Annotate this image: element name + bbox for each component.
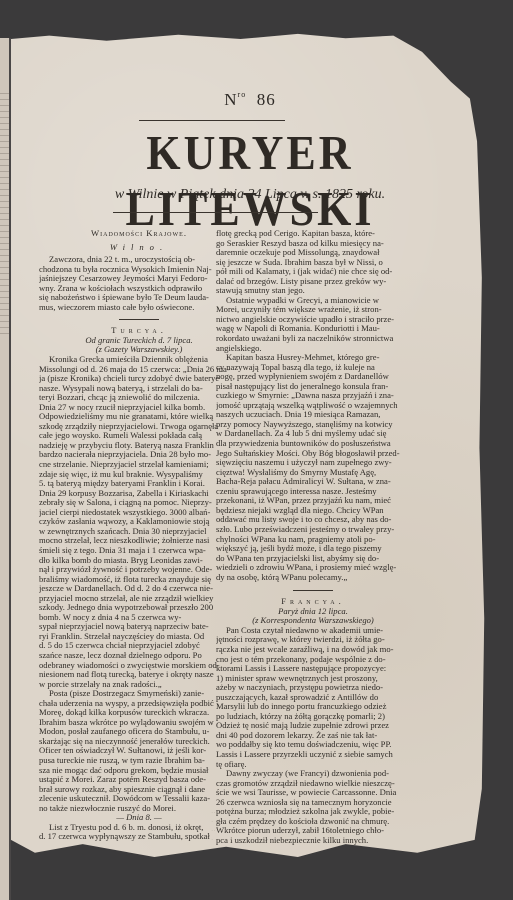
text-line: Kronika Grecka umieściła Dziennik oblęże… bbox=[39, 355, 239, 365]
text-line: go Seraskier Reszyd basza od kilku miesi… bbox=[216, 239, 410, 249]
article-divider bbox=[119, 319, 159, 320]
text-line: Lassis i Lassere przyrzekli uczynić z si… bbox=[216, 750, 410, 760]
text-line: Dnia 27 w nocy rzucił nieprzyjaciel kilk… bbox=[39, 403, 239, 413]
text-line: będziesz niejaki wzgląd dla niego. Chcic… bbox=[216, 506, 410, 516]
text-line: do WPana ten przyjacielski list, abyśmy … bbox=[216, 554, 410, 564]
text-line: dy na osobę, którą WPanu polecamy.„ bbox=[216, 573, 410, 583]
text-line: Pan Costa czytał niedawno w akademii umi… bbox=[216, 626, 410, 636]
text-line: pisał następujący list do jeneralnego ko… bbox=[216, 382, 410, 392]
show-through-text: ·· ···· ·· ·· ·· ···· ·· ···· ··· ·· ···… bbox=[211, 809, 271, 863]
text-line: Modon, posłał zaufanego oficera do Stamb… bbox=[39, 727, 239, 737]
newspaper-title: KURYER LITEWSKI bbox=[11, 125, 489, 237]
text-line: ryi Franklin. Strzelał nayczęściey do mi… bbox=[39, 632, 239, 642]
turcya-article: Kronika Grecka umieściła Dziennik oblęże… bbox=[39, 355, 239, 813]
text-line: wiedzieli o zdrowiu WPana, i prosiemy mi… bbox=[216, 563, 410, 573]
newspaper-page: Nro 86 KURYER LITEWSKI w Wilnie w Piątek… bbox=[11, 22, 489, 874]
text-line: mocno strzelał, lecz nieszkodliwie; żołn… bbox=[39, 536, 239, 546]
text-line: brał surowy rozkaz, aby spiesznie ciągną… bbox=[39, 785, 239, 795]
text-line: cięztwa! Wysłaliśmy do Smyrny Mustafę Ag… bbox=[216, 468, 410, 478]
text-line: Morei, uczyniły tém większe wrażenie, iż… bbox=[216, 305, 410, 315]
text-line: sypał nieprzyjaciel nową bateryą naprzec… bbox=[39, 622, 239, 632]
text-line: ustąpić z Morei. Zaraz potém Reszyd basz… bbox=[39, 775, 239, 785]
text-line: nogę, przed wypłynieniem swojém z Dardan… bbox=[216, 372, 410, 382]
text-line: większyć ją, jeśli bydź może, i dla tego… bbox=[216, 544, 410, 554]
text-line: się jeszcze w Suda. Ibrahim basza był w … bbox=[216, 258, 410, 268]
text-line: daremnie oczekuje pod Missolungą, znaydo… bbox=[216, 248, 410, 258]
text-line: zdaje się więc, iż mu kul braknie. Wysyp… bbox=[39, 470, 239, 480]
text-line: puszczających, kazał sprowadzić z Antill… bbox=[216, 693, 410, 703]
text-line: Oficer ten oświadczył W. Sułtanowi, iż j… bbox=[39, 746, 239, 756]
masthead-rule-top bbox=[139, 120, 285, 121]
turcya-source: (z Gazety Warszawskiey.) bbox=[39, 345, 239, 355]
text-line: dni 40 pod dozorem lekarzy. Że zaś nie t… bbox=[216, 731, 410, 741]
text-line: śmieli się z tego. Dnia 31 maja i 1 czer… bbox=[39, 546, 239, 556]
text-line: Dawny zwyczay (we Francyi) dzwonienia po… bbox=[216, 769, 410, 779]
text-line: 1) minister spraw wewnętrznych jest pros… bbox=[216, 674, 410, 684]
greek-news-article: flotę grecką pod Cerigo. Kapitan basza, … bbox=[216, 229, 410, 582]
place-heading-wilno: Wilno. bbox=[39, 243, 239, 253]
text-line: ktorami Lassis i Lassere następujące pro… bbox=[216, 664, 410, 674]
text-line: bardzo nacierała nieprzyjaciela. Dnia 28… bbox=[39, 450, 239, 460]
text-line: zlecenie uskutecznił. Dowódcom w Tessali… bbox=[39, 794, 239, 804]
text-line: odebraney wiadomości o zwycięstwie morsk… bbox=[39, 661, 239, 671]
text-line: czyków zasłania wąwozy, a Kaklamoniowie … bbox=[39, 517, 239, 527]
text-line: w porcie strzelały na znak radości.„ bbox=[39, 680, 239, 690]
text-line: chała uderzenia na wyspy, a przedsięwzię… bbox=[39, 699, 239, 709]
text-line: przyjaciel mocno strzelał, ale nie zrząd… bbox=[39, 594, 239, 604]
text-line: Ibrahim basza wkrótce po wylądowaniu swo… bbox=[39, 718, 239, 728]
text-line: jeszcze w Dardanellach. Od d. 2 do 4 cze… bbox=[39, 584, 239, 594]
text-line: jomość uprzątają wszelką wątpliwość o wz… bbox=[216, 401, 410, 411]
text-line: jętności rozprawę, w którey twierdzi, iż… bbox=[216, 635, 410, 645]
day-marker: — Dnia 8. — bbox=[39, 813, 239, 823]
text-line: angielskiego. bbox=[216, 344, 410, 354]
text-line: Posta (pisze Dostrzegacz Smyrneński) zan… bbox=[39, 689, 239, 699]
text-line: Zawczora, dnia 22 t. m., uroczystością o… bbox=[39, 255, 239, 265]
right-column: flotę grecką pod Cerigo. Kapitan basza, … bbox=[216, 229, 410, 845]
text-line: w Dardanellach. Za 4 lub 5 dni myślemy u… bbox=[216, 429, 410, 439]
section-heading-domestic: Wiadomości Krajowe. bbox=[39, 229, 239, 239]
text-line: Ostatnie wypadki w Grecyi, a mianowicie … bbox=[216, 296, 410, 306]
text-line: cuzkiego w Smyrnie: „Dawna nasza przyjaź… bbox=[216, 391, 410, 401]
text-line: Odzież tę nosić mają ludzie zupełnie zdr… bbox=[216, 721, 410, 731]
text-line: zebrały się w Salona, i ciągną na pomoc.… bbox=[39, 498, 239, 508]
text-line: po ludziach, którzy na żółtą gorączkę po… bbox=[216, 712, 410, 722]
issue-number: Nro 86 bbox=[11, 90, 489, 110]
dateline: w Wilnie w Piątek dnia 24 Lipca v. s. 18… bbox=[11, 187, 489, 203]
text-line: szkodę zrządziły nieprzyjacielowi. Trwog… bbox=[39, 422, 239, 432]
text-line: cy nazywają Topal baszą dla tego, iż kul… bbox=[216, 363, 410, 373]
text-line: jaciel cierpi niedostatek wszystkiego. 3… bbox=[39, 508, 239, 518]
text-line: sza nie mogąc dać odporu grekom, będzie … bbox=[39, 766, 239, 776]
text-line: czas gromotów zrządził niedawno wielkie … bbox=[216, 779, 410, 789]
text-line: nął i przywiózł żywność i potrzeby wojen… bbox=[39, 565, 239, 575]
text-line: ażeby w naczyniach, przystępu powietrza … bbox=[216, 683, 410, 693]
masthead-rule-bottom bbox=[113, 212, 318, 213]
text-line: sięwzięciu naszemu i użyczył nam zupełne… bbox=[216, 458, 410, 468]
text-line: bomb. W nocy z dnia 4 na 5 czerwca wy- bbox=[39, 613, 239, 623]
text-line: stawują smutny stan jego. bbox=[216, 286, 410, 296]
text-line: nictwo angielskie oczywiście upadło i st… bbox=[216, 315, 410, 325]
text-line: szkody. Jednego dnia wypotrzebował przes… bbox=[39, 603, 239, 613]
text-line: ja (pisze Kronika) chcieli turcy zdobyć … bbox=[39, 374, 239, 384]
text-line: Marsylii lub do innego portu francuzkieg… bbox=[216, 702, 410, 712]
text-line: Dnia 29 korpusy Bozzarisa, Zabella i Kir… bbox=[39, 489, 239, 499]
text-line: List z Tryestu pod d. 6 b. m. donosi, iż… bbox=[39, 823, 239, 833]
text-line: Kapitan basza Husrey-Mehmet, którego gre… bbox=[216, 353, 410, 363]
text-line: chylności WPana ku nam, pragniemy atoli … bbox=[216, 535, 410, 545]
text-line: flotę grecką pod Cerigo. Kapitan basza, … bbox=[216, 229, 410, 239]
text-line: wo poddałby się kto temu doświadczeniu, … bbox=[216, 740, 410, 750]
text-line: d. 5 do 15 czerwca chciał nieprzyjaciel … bbox=[39, 641, 239, 651]
tryest-article: List z Tryestu pod d. 6 b. m. donosi, iż… bbox=[39, 823, 239, 842]
text-line: niesionem nad flotą turecką, baterye i o… bbox=[39, 670, 239, 680]
text-line: 26 czerwca wzniosła się na tamecznym hor… bbox=[216, 798, 410, 808]
text-line: nasze. Wysypali nową bateryą, i strzelal… bbox=[39, 384, 239, 394]
francya-source: (z Korrespondenta Warszawskiego) bbox=[216, 616, 410, 626]
text-line: się nabożeństwo i śpiewane było Te Deum … bbox=[39, 293, 239, 303]
text-line: wny. Zrana w kościołach wszystkich odpra… bbox=[39, 284, 239, 294]
text-line: całe jego woysko. Rumeli Walessi pokłada… bbox=[39, 431, 239, 441]
text-line: ście we wsi Taurisse, w powiecie Carcass… bbox=[216, 788, 410, 798]
text-line: szańce nasze, lecz doznał dzielnego odpo… bbox=[39, 651, 239, 661]
text-line: szło. Lubo przeświadczeni jesteśmy o trw… bbox=[216, 525, 410, 535]
text-line: rączka nie jest wcale zaraźliwą, i na do… bbox=[216, 645, 410, 655]
text-line: braliśmy wiadomość, iż flota turecka zna… bbox=[39, 575, 239, 585]
text-line: pół mili od Kalamaty, i (jak widać) nie … bbox=[216, 267, 410, 277]
text-line: przekonani, iż WPan, przez przyjaźń ku n… bbox=[216, 496, 410, 506]
text-line: oddawać mu listy swoje i to co chcesz, a… bbox=[216, 515, 410, 525]
text-line: mus, wieczorem miasto całe było oświecon… bbox=[39, 303, 239, 313]
text-line: rokordato uważani byli za naczelników st… bbox=[216, 334, 410, 344]
text-line: Missolungi od d. 26 maja do 15 czerwca: … bbox=[39, 365, 239, 375]
text-line: skarżając się na nieczynność jenerałów t… bbox=[39, 737, 239, 747]
text-line: cno jest o tém przekonany, podaje wspóln… bbox=[216, 655, 410, 665]
wilno-article: Zawczora, dnia 22 t. m., uroczystością o… bbox=[39, 255, 239, 312]
adjacent-page-edge bbox=[0, 38, 11, 900]
text-line: przy pomocy Naywyższego, stanęliśmy na k… bbox=[216, 420, 410, 430]
text-line: naszych uczuciach. Dnia 19 miesiąca Rama… bbox=[216, 410, 410, 420]
text-line: jaśniejszey Cesarzowey Jeymości Maryi Fe… bbox=[39, 274, 239, 284]
text-line: pusa tureckie nie ruszą, w tym razie Ibr… bbox=[39, 756, 239, 766]
text-line: czeniu sprawującego interessa nasze. Jes… bbox=[216, 487, 410, 497]
article-divider bbox=[293, 590, 333, 591]
text-line: dalać od brzegów. Listy pisane przez gre… bbox=[216, 277, 410, 287]
text-line: Bacha-Reja pałacu Admiralicyi W. Sułtana… bbox=[216, 477, 410, 487]
text-line: dło kilka bomb do miasta. Bryg Leonidas … bbox=[39, 556, 239, 566]
left-column: Wiadomości Krajowe. Wilno. Zawczora, dni… bbox=[39, 229, 239, 842]
text-line: 5. tą bateryą między bateryami Franklin … bbox=[39, 479, 239, 489]
text-line: wagę w Napoli di Romania. Konduriotti i … bbox=[216, 324, 410, 334]
text-line: cne strzelanie. Nieprzyjaciel strzelał k… bbox=[39, 460, 239, 470]
text-line: tę ofiarę. bbox=[216, 760, 410, 770]
text-line: Odpowiedzieliśmy mu nie granatami, które… bbox=[39, 412, 239, 422]
text-line: Jego Sułtańskiey Mości. Oby Bóg błogosła… bbox=[216, 449, 410, 459]
text-line: dla przywiedzenia buntowników do posłusz… bbox=[216, 439, 410, 449]
text-line: teryi Bozzari, chcąc ją zniewolić do mil… bbox=[39, 393, 239, 403]
text-line: w zewnętrznych szańcach. Dnia 30 nieprzy… bbox=[39, 527, 239, 537]
text-line: nadzieję w przybyciu floty. Bateryą nasz… bbox=[39, 441, 239, 451]
text-line: chodzona tu była rocznica Wysokich Imien… bbox=[39, 265, 239, 275]
text-line: d. 17 czerwca wypłynąwszy ze Stambułu, s… bbox=[39, 832, 239, 842]
text-line: Moreę, dokąd kilka korpusów tureckich wk… bbox=[39, 708, 239, 718]
